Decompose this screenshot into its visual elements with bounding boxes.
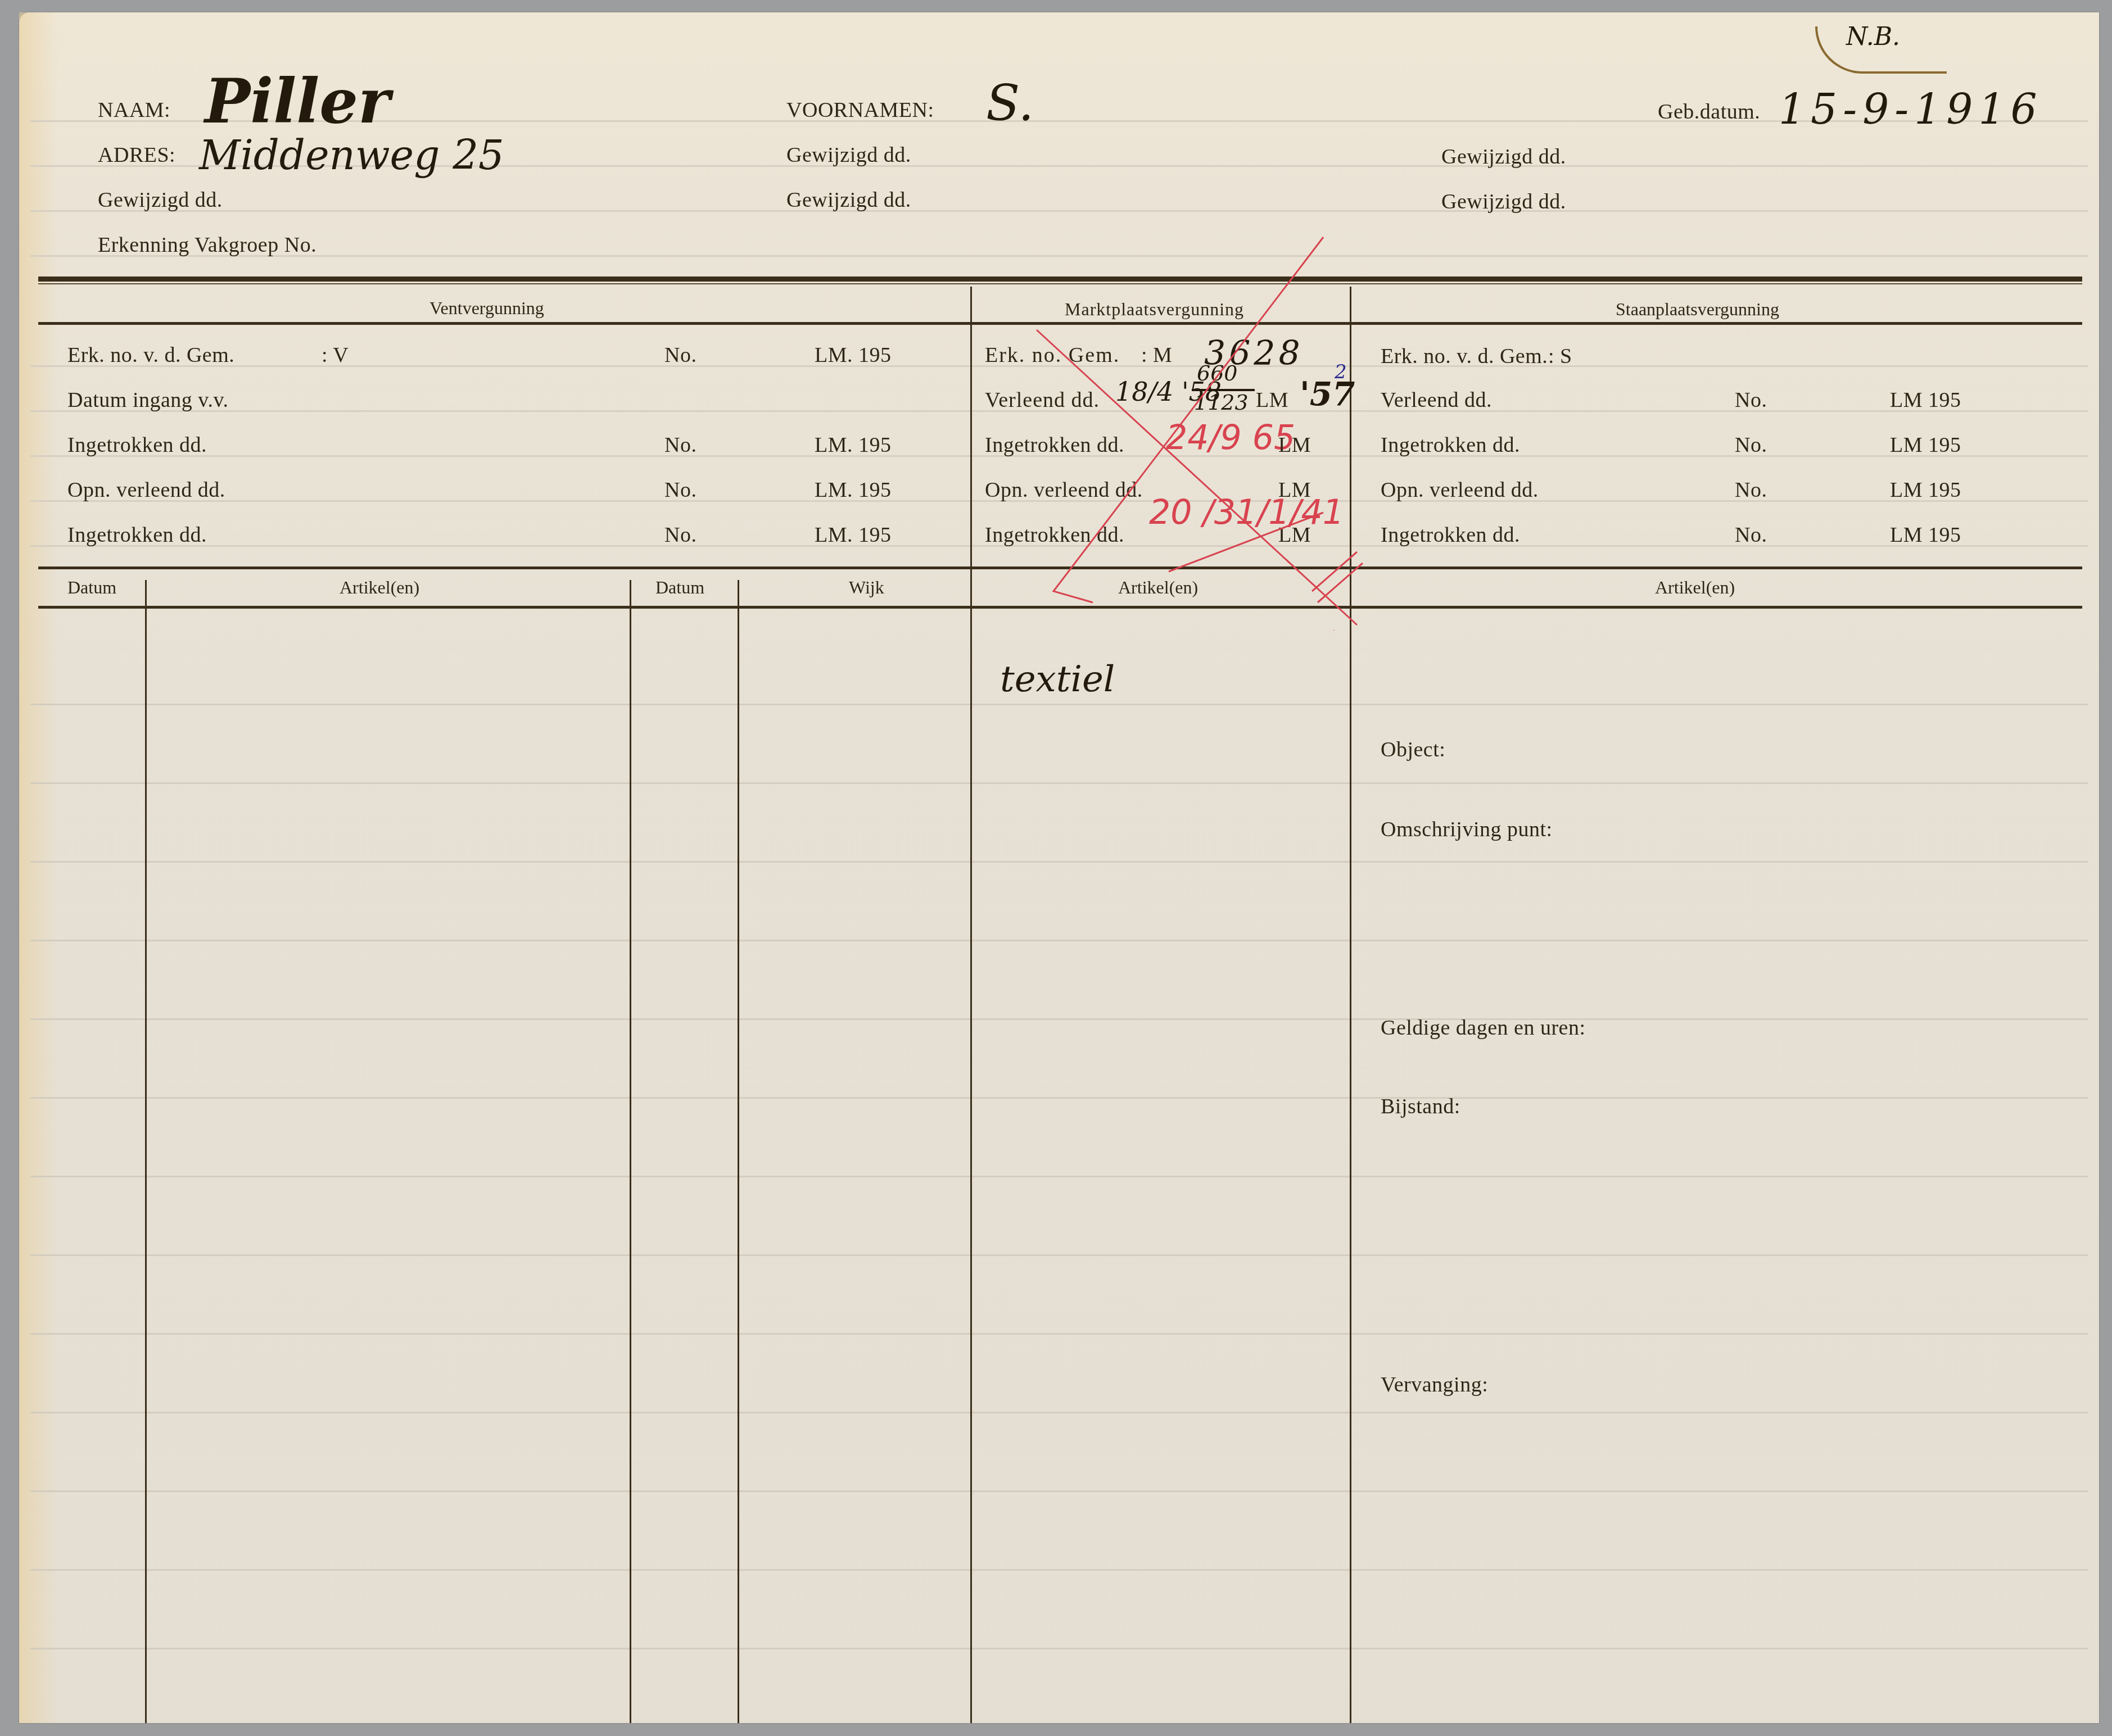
- gewijzigd-label: Gewijzigd dd.: [98, 188, 223, 212]
- adres-label: ADRES:: [98, 143, 175, 167]
- divider-wijk: [738, 580, 739, 1723]
- gewijzigd-label: Gewijzigd dd.: [1441, 189, 1566, 214]
- gebdatum-label: Geb.datum.: [1658, 99, 1760, 124]
- field-vervanging: Vervanging:: [1381, 1372, 1488, 1397]
- ruled-lines: [30, 664, 2088, 1721]
- vent-row-label: Ingetrokken dd.: [67, 433, 207, 457]
- corner-note-circle: [1815, 26, 1947, 74]
- gebdatum-value[interactable]: 15-9-1916: [1779, 85, 2043, 134]
- gewijzigd-label: Gewijzigd dd.: [1441, 144, 1566, 169]
- vent-title: Ventvergunning: [429, 298, 544, 319]
- divider-vent-markt: [970, 287, 972, 1723]
- vent-row-lm: LM. 195: [815, 478, 892, 502]
- gewijzigd-label: Gewijzigd dd.: [786, 188, 911, 212]
- staan-row-label: Ingetrokken dd.: [1381, 433, 1520, 457]
- vent-row-no: No.: [664, 478, 697, 502]
- field-omschrijving: Omschrijving punt:: [1381, 817, 1553, 842]
- staan-row-lm: LM 195: [1890, 388, 1961, 413]
- naam-label: NAAM:: [98, 98, 170, 123]
- red-cross-out-icon: [1020, 226, 1368, 631]
- markt-artikel-value[interactable]: textiel: [1000, 659, 1115, 700]
- header-rule: [30, 210, 2088, 212]
- col-markt-wijk: Wijk: [849, 577, 884, 598]
- erkenning-label: Erkenning Vakgroep No.: [98, 233, 316, 257]
- staan-row-lm: LM 195: [1890, 478, 1961, 502]
- col-vent-datum: Datum: [67, 577, 116, 598]
- col-vent-artikelen: Artikel(en): [340, 577, 419, 598]
- col-markt-datum: Datum: [655, 577, 704, 598]
- staan-row-lm: LM 195: [1890, 433, 1961, 457]
- staan-row-code: : S: [1548, 344, 1572, 369]
- col-markt-artikelen: Artikel(en): [1118, 577, 1198, 598]
- vent-row-code: : V: [322, 343, 349, 368]
- divider-datum: [145, 580, 147, 1723]
- divider-artikelen: [630, 580, 631, 1723]
- vent-row-lm: LM. 195: [815, 523, 892, 547]
- staan-row-label: Ingetrokken dd.: [1381, 523, 1520, 547]
- staan-row-no: No.: [1735, 523, 1767, 547]
- staan-row-no: No.: [1735, 478, 1767, 502]
- vent-row-no: No.: [664, 433, 697, 457]
- vent-row-label: Ingetrokken dd.: [67, 523, 207, 547]
- adres-value[interactable]: Middenweg 25: [199, 132, 504, 179]
- staan-row-label: Opn. verleend dd.: [1381, 478, 1539, 502]
- vent-row-no: No.: [664, 523, 697, 547]
- staan-row-no: No.: [1735, 388, 1767, 413]
- gewijzigd-label: Gewijzigd dd.: [786, 143, 911, 167]
- staan-row-label: Verleend dd.: [1381, 388, 1492, 413]
- staan-row-no: No.: [1735, 433, 1767, 457]
- registration-card: N.B. NAAM: Piller VOORNAMEN: S. Geb.datu…: [19, 12, 2099, 1723]
- vent-row-lm: LM. 195: [815, 433, 892, 457]
- field-geldige: Geldige dagen en uren:: [1381, 1016, 1585, 1040]
- vent-row-label: Erk. no. v. d. Gem.: [67, 343, 234, 368]
- vent-row-label: Opn. verleend dd.: [67, 478, 225, 502]
- staan-row-label: Erk. no. v. d. Gem.: [1381, 344, 1548, 369]
- field-object: Object:: [1381, 737, 1445, 762]
- field-bijstand: Bijstand:: [1381, 1094, 1460, 1119]
- voornamen-value[interactable]: S.: [986, 74, 1034, 132]
- vent-row-label: Datum ingang v.v.: [67, 388, 228, 413]
- vent-row-no: No.: [664, 343, 697, 368]
- staan-title: Staanplaatsvergunning: [1616, 299, 1779, 320]
- vent-row-lm: LM. 195: [815, 343, 892, 368]
- naam-value[interactable]: Piller: [205, 66, 390, 137]
- voornamen-label: VOORNAMEN:: [786, 98, 934, 123]
- staan-row-lm: LM 195: [1890, 523, 1961, 547]
- col-staan-artikelen: Artikel(en): [1655, 577, 1735, 598]
